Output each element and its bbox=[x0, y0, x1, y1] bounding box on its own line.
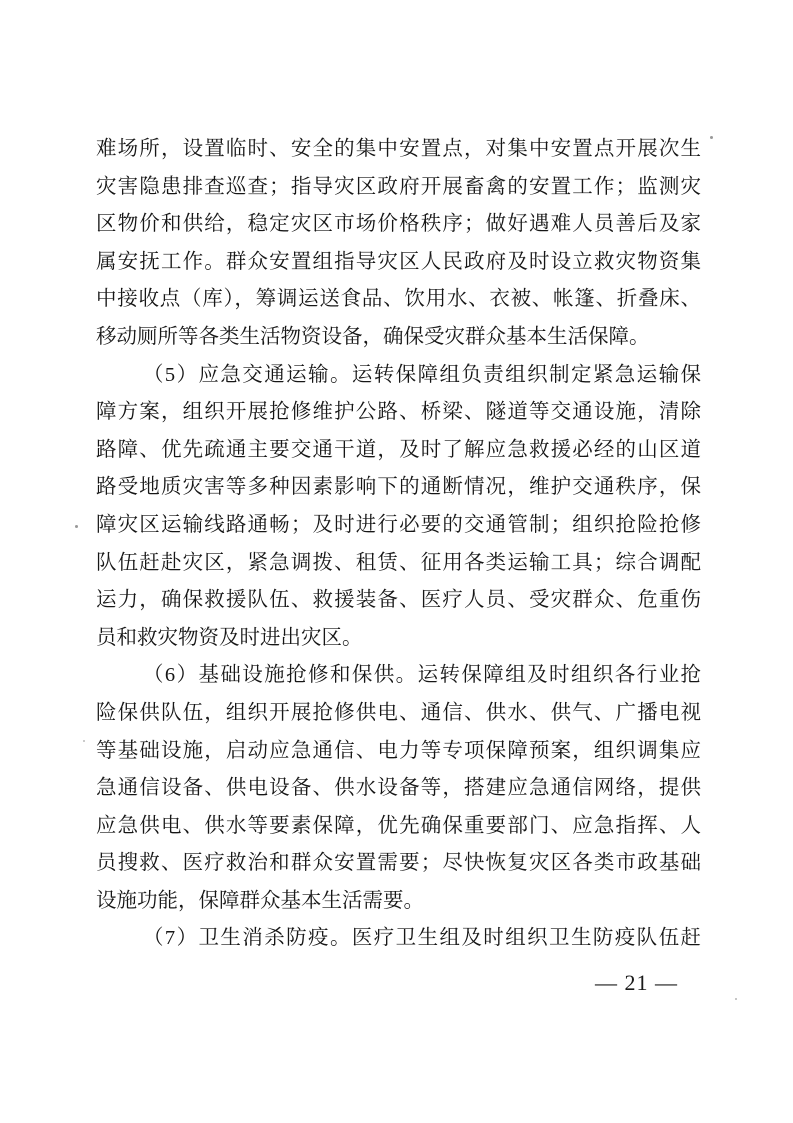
text-line: 险保供队伍，组织开展抢修供电、通信、供水、供气、广播电视 bbox=[96, 695, 701, 733]
text-line: 应急供电、供水等要素保障，优先确保重要部门、应急指挥、人 bbox=[96, 808, 701, 846]
text-line: 难场所，设置临时、安全的集中安置点，对集中安置点开展次生 bbox=[96, 131, 701, 169]
paragraph-start-line: （7）卫生消杀防疫。医疗卫生组及时组织卫生防疫队伍赶 bbox=[96, 920, 701, 958]
paragraph-start-line: （5）应急交通运输。运转保障组负责组织制定紧急运输保 bbox=[96, 357, 701, 395]
text-line: 区物价和供给，稳定灾区市场价格秩序；做好遇难人员善后及家 bbox=[96, 206, 701, 244]
text-line: 运力，确保救援队伍、救援装备、医疗人员、受灾群众、危重伤 bbox=[96, 582, 701, 620]
paragraph-start-line: （6）基础设施抢修和保供。运转保障组及时组织各行业抢 bbox=[96, 657, 701, 695]
document-page: 难场所，设置临时、安全的集中安置点，对集中安置点开展次生 灾害隐患排查巡查；指导… bbox=[0, 0, 793, 1123]
text-line: 等基础设施，启动应急通信、电力等专项保障预案，组织调集应 bbox=[96, 733, 701, 771]
text-line: 属安抚工作。群众安置组指导灾区人民政府及时设立救灾物资集 bbox=[96, 244, 701, 282]
scan-speck bbox=[83, 740, 85, 742]
text-line: 路障、优先疏通主要交通干道，及时了解应急救援必经的山区道 bbox=[96, 432, 701, 470]
text-line: 路受地质灾害等多种因素影响下的通断情况，维护交通秩序，保 bbox=[96, 469, 701, 507]
text-line: 障方案，组织开展抢修维护公路、桥梁、隧道等交通设施，清除 bbox=[96, 394, 701, 432]
scan-speck bbox=[710, 136, 713, 139]
text-line: 队伍赶赴灾区，紧急调拨、租赁、征用各类运输工具；综合调配 bbox=[96, 545, 701, 583]
text-line: 中接收点（库），筹调运送食品、饮用水、衣被、帐篷、折叠床、 bbox=[96, 281, 701, 319]
scan-speck bbox=[735, 998, 737, 1000]
text-line: 员搜救、医疗救治和群众安置需要；尽快恢复灾区各类市政基础 bbox=[96, 845, 701, 883]
scan-speck bbox=[75, 525, 78, 528]
text-line: 障灾区运输线路通畅；及时进行必要的交通管制；组织抢险抢修 bbox=[96, 507, 701, 545]
text-line: 移动厕所等各类生活物资设备，确保受灾群众基本生活保障。 bbox=[96, 319, 701, 357]
text-line: 急通信设备、供电设备、供水设备等，搭建应急通信网络，提供 bbox=[96, 770, 701, 808]
text-line: 员和救灾物资及时进出灾区。 bbox=[96, 620, 701, 658]
text-line: 灾害隐患排查巡查；指导灾区政府开展畜禽的安置工作；监测灾 bbox=[96, 169, 701, 207]
page-number: — 21 — bbox=[595, 970, 675, 996]
text-line: 设施功能，保障群众基本生活需要。 bbox=[96, 883, 701, 921]
body-text-block: 难场所，设置临时、安全的集中安置点，对集中安置点开展次生 灾害隐患排查巡查；指导… bbox=[96, 131, 701, 958]
